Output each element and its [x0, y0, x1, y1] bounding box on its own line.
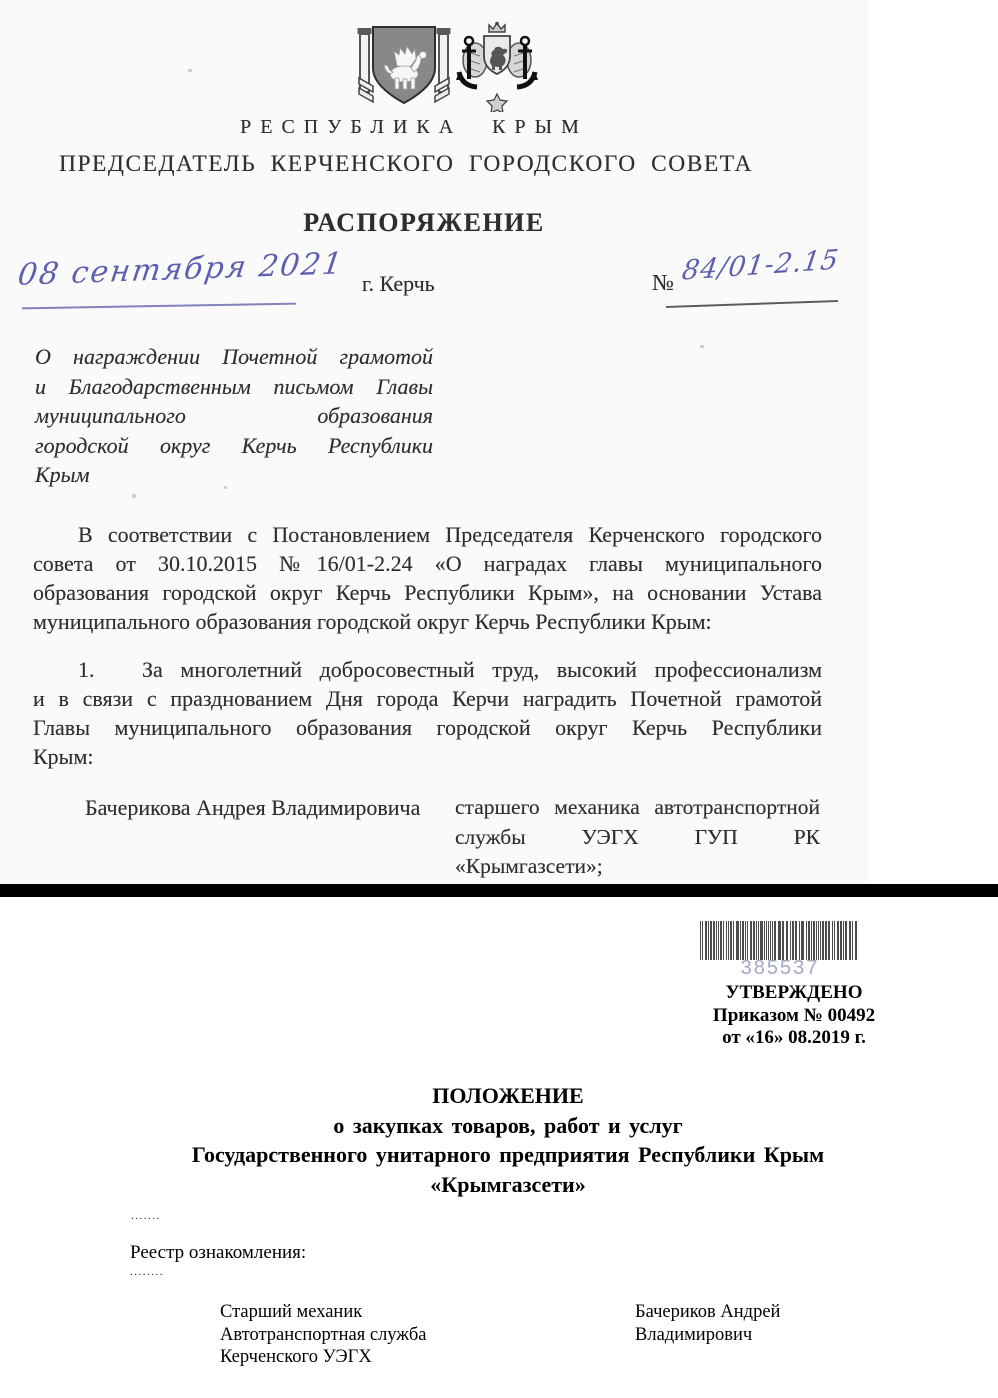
republic-name: РЕСПУБЛИКА КРЫМ — [0, 116, 828, 139]
signer-name-line: Владимирович — [635, 1324, 780, 1347]
number-sign: № — [652, 270, 674, 296]
register-label: Реестр ознакомления: — [130, 1242, 306, 1264]
kerch-coat-of-arms-icon — [456, 20, 538, 112]
preamble-paragraph: В соответствии с Постановлением Председа… — [33, 520, 822, 636]
approved-line: УТВЕРЖДЕНО — [704, 982, 884, 1005]
regulation-title-line: «Крымгазсети» — [64, 1170, 952, 1200]
awardee-position: старшего механика автотранспортной служб… — [455, 793, 820, 882]
paragraph-line: Крым: — [33, 742, 822, 771]
crimea-coat-of-arms-icon — [357, 22, 451, 108]
signer-name-line: Бачериков Андрей — [635, 1301, 780, 1324]
dotted-mark: ....... — [131, 1210, 161, 1222]
dotted-mark: ........ — [130, 1266, 164, 1278]
regulation-title-line: о закупках товаров, работ и услуг — [64, 1111, 952, 1141]
subject-line: городской округ Керчь Республики — [35, 431, 433, 461]
subject-block: О награждении Почетной грамотой и Благод… — [35, 342, 433, 490]
paragraph-line: Главы муниципального образования городск… — [33, 713, 822, 742]
authority-name: ПРЕДСЕДАТЕЛЬ КЕРЧЕНСКОГО ГОРОДСКОГО СОВЕ… — [0, 151, 812, 178]
signer-name: Бачериков Андрей Владимирович — [635, 1301, 780, 1346]
paragraph-line: В соответствии с Постановлением Председа… — [33, 520, 822, 549]
awardee-position-line: «Крымгазсети»; — [455, 852, 820, 882]
paragraph-line: совета от 30.10.2015 №16/01-2.24 «О нагр… — [33, 549, 822, 578]
subject-line: О награждении Почетной грамотой — [35, 342, 433, 372]
place-name: г. Керчь — [362, 271, 435, 297]
subject-line: муниципального образования — [35, 401, 433, 431]
regulation-title: ПОЛОЖЕНИЕ о закупках товаров, работ и ус… — [64, 1081, 952, 1199]
subject-line: Крым — [35, 460, 433, 490]
regulation-title-line: ПОЛОЖЕНИЕ — [64, 1081, 952, 1111]
approved-line: Приказом № 00492 — [704, 1005, 884, 1028]
awardee-position-line: старшего механика автотранспортной — [455, 793, 820, 823]
awardee-name: Бачерикова Андрея Владимировича — [85, 795, 435, 821]
scan-speck — [188, 69, 192, 72]
scan-speck — [132, 494, 136, 498]
signer-position-line: Автотранспортная служба — [220, 1324, 426, 1347]
signer-position-line: Керченского УЭГХ — [220, 1346, 426, 1369]
subject-line: и Благодарственным письмом Главы — [35, 372, 433, 402]
awardee-position-line: службы УЭГХ ГУП РК — [455, 823, 820, 853]
item-number: 1. — [78, 655, 142, 684]
approved-block: УТВЕРЖДЕНО Приказом № 00492 от «16» 08.2… — [704, 982, 884, 1050]
scanned-page: РЕСПУБЛИКА КРЫМ ПРЕДСЕДАТЕЛЬ КЕРЧЕНСКОГО… — [0, 0, 998, 1398]
paragraph-line: и в связи с празднованием Дня города Кер… — [33, 684, 822, 713]
item-1-paragraph: 1.За многолетний добросовестный труд, вы… — [33, 655, 822, 771]
approved-line: от «16» 08.2019 г. — [704, 1027, 884, 1050]
document-type-title: РАСПОРЯЖЕНИЕ — [0, 208, 848, 238]
signer-position-line: Старший механик — [220, 1301, 426, 1324]
regulation-title-line: Государственного унитарного предприятия … — [64, 1140, 952, 1170]
paragraph-line-text: За многолетний добросовестный труд, высо… — [142, 657, 822, 682]
signer-position: Старший механик Автотранспортная служба … — [220, 1301, 426, 1369]
barcode-number: 385537 — [698, 957, 862, 980]
paragraph-line: образования городской округ Керчь Респуб… — [33, 578, 822, 607]
page-divider-bar — [0, 884, 998, 897]
scan-speck — [700, 345, 704, 348]
paragraph-line: муниципального образования городской окр… — [33, 607, 822, 636]
paragraph-line: 1.За многолетний добросовестный труд, вы… — [33, 655, 822, 684]
barcode — [700, 921, 860, 960]
